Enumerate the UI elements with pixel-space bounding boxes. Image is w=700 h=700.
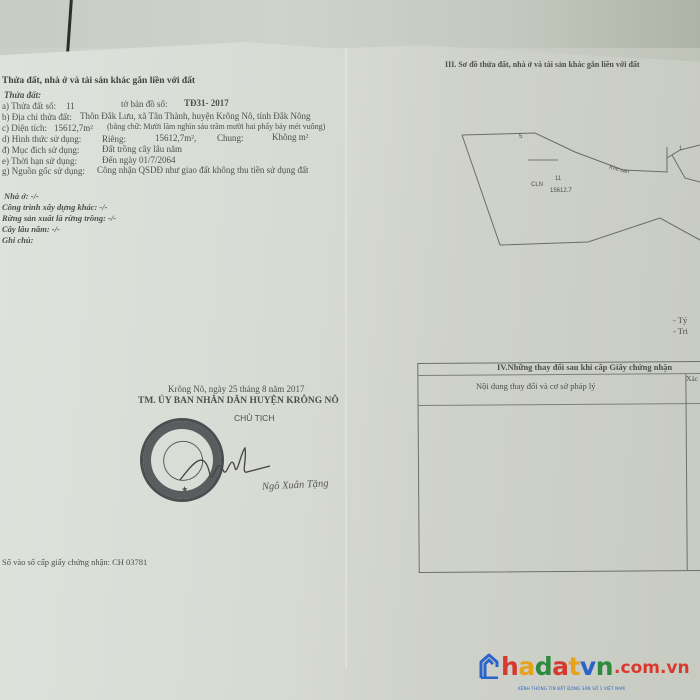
address-value: Thôn Đắk Lưu, xã Tân Thành, huyện Krông … xyxy=(80,111,311,121)
note-line-1: - Tỷ xyxy=(673,315,687,325)
signature xyxy=(175,440,275,490)
changes-table xyxy=(417,361,700,573)
brand-letter: a xyxy=(552,652,568,681)
usage-form-label: d) Hình thức sử dụng: xyxy=(2,134,81,144)
perennial-tree-item: Cây lâu năm: -/- xyxy=(2,224,60,234)
section-iv-title: IV.Những thay đổi sau khi cấp Giấy chứng… xyxy=(497,362,672,372)
neighbor-label-top: 5 xyxy=(519,134,522,140)
address-label: b) Địa chỉ thửa đất: xyxy=(2,112,72,122)
brand-letter: h xyxy=(501,652,518,681)
usage-private-value: 15612,7m², xyxy=(155,133,196,143)
map-sheet-value: TĐ31- 2017 xyxy=(184,98,229,108)
issuing-authority: TM. ỦY BAN NHÂN DÂN HUYỆN KRÔNG NÔ xyxy=(138,396,339,406)
place-date: Krông Nô, ngày 25 tháng 8 năm 2017 xyxy=(168,384,304,394)
term-value: Đến ngày 01/7/2064 xyxy=(102,155,176,165)
parcel-area-diagram: 15612.7 xyxy=(550,188,572,194)
house-item: Nhà ở: -/- xyxy=(4,191,39,201)
area-value: 15612,7m² xyxy=(54,123,93,133)
brand-letter: a xyxy=(518,652,534,681)
neighbor-label-right: 1 xyxy=(679,146,682,152)
brand-letter: t xyxy=(568,652,579,681)
usage-private-label: Riêng: xyxy=(102,134,126,144)
watermark-brand: hadatvn xyxy=(501,652,613,681)
changes-content-header: Nội dung thay đổi và cơ sở pháp lý xyxy=(476,381,595,391)
usage-shared-value: Không m² xyxy=(272,132,308,142)
notes-item: Ghi chú: xyxy=(2,235,33,245)
area-in-words: (bằng chữ: Mười lăm nghìn sáu trăm mười … xyxy=(107,122,325,131)
subsection-title: Thửa đất: xyxy=(4,90,41,100)
background-surface xyxy=(0,0,700,48)
section-iii-title: III. Sơ đồ thửa đất, nhà ở và tài sản kh… xyxy=(445,60,640,69)
page-fold xyxy=(345,48,347,668)
purpose-label: đ) Mục đích sử dụng: xyxy=(2,145,79,155)
origin-value: Công nhận QSDĐ như giao đất không thu ti… xyxy=(97,165,309,175)
other-construction-item: Công trình xây dựng khác: -/- xyxy=(2,202,107,212)
land-type-code: CLN xyxy=(531,182,543,188)
confirmation-header: Xác xyxy=(686,374,698,383)
house-logo-icon xyxy=(478,653,500,679)
parcel-number-value: 11 xyxy=(66,101,75,111)
watermark-domain: .com.vn xyxy=(614,658,690,678)
section-ii-title: Thửa đất, nhà ở và tài sản khác gắn liền… xyxy=(2,76,195,86)
map-sheet-label: tờ bản đồ số: xyxy=(121,99,168,109)
parcel-number-diagram: 11 xyxy=(555,176,561,182)
chairman-position: CHỦ TỊCH xyxy=(234,413,274,423)
term-label: e) Thời hạn sử dụng: xyxy=(2,156,77,166)
purpose-value: Đất trồng cây lâu năm xyxy=(102,144,182,154)
watermark-tagline: KÊNH THÔNG TIN BẤT ĐỘNG SẢN SỐ 1 VIỆT NA… xyxy=(518,686,625,691)
brand-letter: n xyxy=(596,652,613,681)
brand-letter: v xyxy=(580,652,596,681)
origin-label: g) Nguồn gốc sử dụng: xyxy=(2,166,85,176)
area-label: c) Diện tích: xyxy=(2,123,47,133)
note-line-2: - Tri xyxy=(673,326,688,336)
production-forest-item: Rừng sản xuất là rừng trồng: -/- xyxy=(2,213,116,223)
parcel-diagram xyxy=(440,100,700,300)
usage-shared-label: Chung: xyxy=(217,133,244,143)
parcel-number-label: a) Thửa đất số: xyxy=(2,101,56,111)
watermark-logo: hadatvn .com.vn KÊNH THÔNG TIN BẤT ĐỘNG … xyxy=(478,652,690,681)
certificate-number: Số vào sổ cấp giấy chứng nhận: CH 03781 xyxy=(2,557,147,567)
brand-letter: d xyxy=(535,652,552,681)
